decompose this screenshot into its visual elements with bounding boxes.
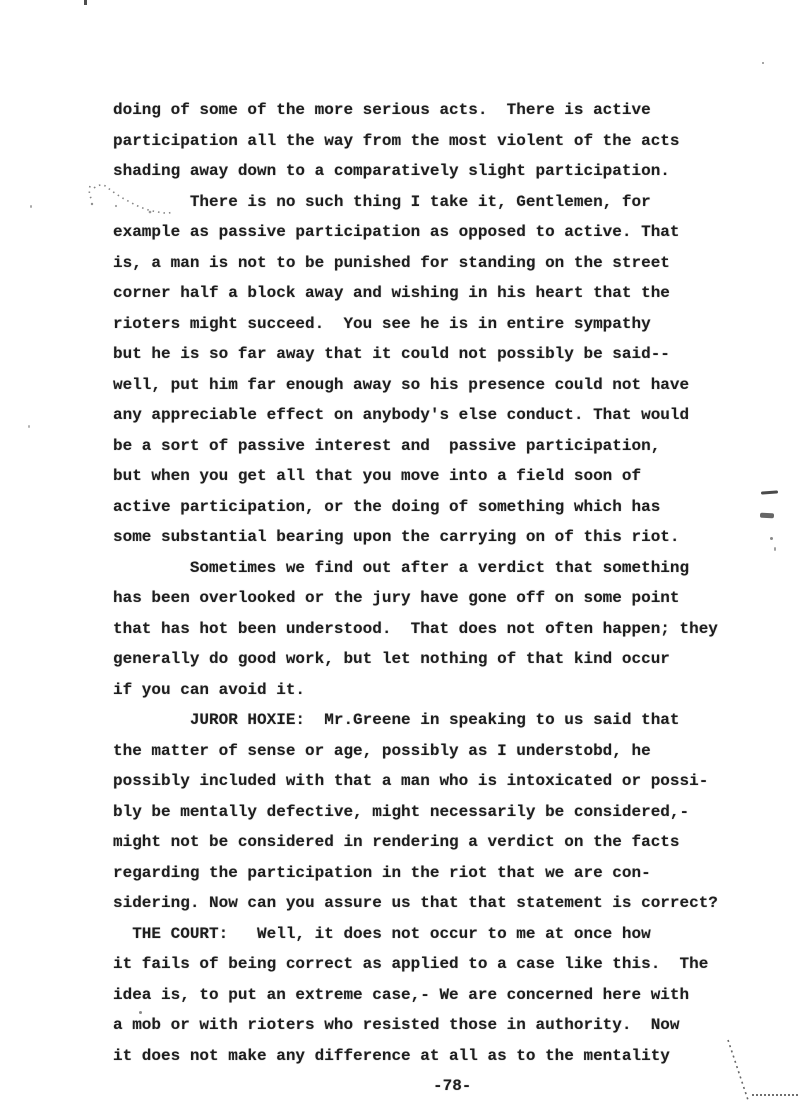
scan-speck <box>762 62 764 64</box>
scan-speck <box>770 537 773 540</box>
text-line: the matter of sense or age, possibly as … <box>113 736 718 767</box>
text-line: participation all the way from the most … <box>113 126 718 157</box>
text-line: JUROR HOXIE: Mr.Greene in speaking to us… <box>113 705 718 736</box>
text-line: THE COURT: Well, it does not occur to me… <box>113 919 718 950</box>
text-line: is, a man is not to be punished for stan… <box>113 248 718 279</box>
scan-dotted-mark <box>752 1094 798 1096</box>
text-line: but he is so far away that it could not … <box>113 339 718 370</box>
text-line: if you can avoid it. <box>113 675 718 706</box>
scan-scratch-line <box>720 1038 760 1102</box>
text-line: idea is, to put an extreme case,- We are… <box>113 980 718 1011</box>
text-line: it does not make any difference at all a… <box>113 1041 718 1072</box>
text-line: might not be considered in rendering a v… <box>113 827 718 858</box>
scan-speck <box>84 0 87 5</box>
text-line: it fails of being correct as applied to … <box>113 949 718 980</box>
text-line: doing of some of the more serious acts. … <box>113 95 718 126</box>
text-line: There is no such thing I take it, Gentle… <box>113 187 718 218</box>
text-line: has been overlooked or the jury have gon… <box>113 583 718 614</box>
scanned-transcript-page: doing of some of the more serious acts. … <box>0 0 800 1103</box>
text-line: example as passive participation as oppo… <box>113 217 718 248</box>
text-line: any appreciable effect on anybody's else… <box>113 400 718 431</box>
text-line: that has hot been understood. That does … <box>113 614 718 645</box>
text-line: possibly included with that a man who is… <box>113 766 718 797</box>
text-line: generally do good work, but let nothing … <box>113 644 718 675</box>
scan-speck <box>139 1011 142 1014</box>
text-line: some substantial bearing upon the carryi… <box>113 522 718 553</box>
text-line: regarding the participation in the riot … <box>113 858 718 889</box>
text-line: corner half a block away and wishing in … <box>113 278 718 309</box>
text-line: but when you get all that you move into … <box>113 461 718 492</box>
text-line: active participation, or the doing of so… <box>113 492 718 523</box>
text-line: rioters might succeed. You see he is in … <box>113 309 718 340</box>
text-line: be a sort of passive interest and passiv… <box>113 431 718 462</box>
scan-speck <box>30 205 32 208</box>
text-line: Sometimes we find out after a verdict th… <box>113 553 718 584</box>
text-line: shading away down to a comparatively sli… <box>113 156 718 187</box>
text-line: bly be mentally defective, might necessa… <box>113 797 718 828</box>
scan-smudge <box>760 513 774 519</box>
pencil-smudge-mark <box>86 180 178 220</box>
scan-smudge <box>761 490 778 494</box>
text-line: a mob or with rioters who resisted those… <box>113 1010 718 1041</box>
transcript-text: doing of some of the more serious acts. … <box>113 95 718 1071</box>
text-line: sidering. Now can you assure us that tha… <box>113 888 718 919</box>
text-line: well, put him far enough away so his pre… <box>113 370 718 401</box>
scan-speck <box>774 547 776 551</box>
page-number: -78- <box>433 1077 471 1095</box>
scan-speck <box>28 425 30 428</box>
